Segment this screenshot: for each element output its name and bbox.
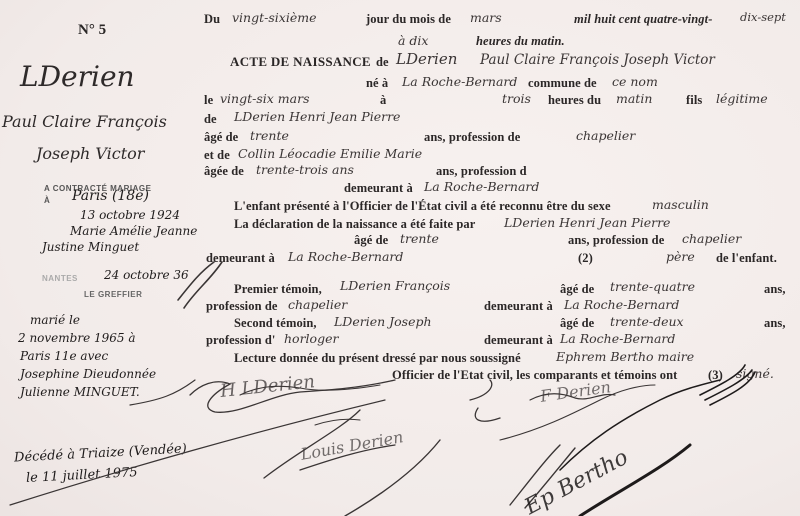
father-profession: chapelier [576,128,635,143]
officer-statement: Officier de l'Etat civil, les comparants… [392,368,677,383]
margin-surname: LDerien [20,60,135,93]
first-witness-profession-label: profession de [206,299,278,314]
birth-part-of-day: matin [616,91,652,106]
acte-de: de [376,55,389,70]
child-sex: masculin [652,197,709,212]
reading-statement: Lecture donnée du présent dressé par nou… [234,351,521,366]
second-witness-age: trente-deux [610,314,684,329]
first-witness-residence-label: demeurant à [484,299,553,314]
death-note-2: le 11 juillet 1975 [26,465,138,486]
mother-age: trente-trois ans [256,162,354,177]
father-profession-label: ans, profession de [424,130,520,145]
mother-age-label: âgée de [204,164,244,179]
nantes-label: NANTES [42,274,78,283]
child-given-names: Paul Claire François Joseph Victor [480,52,715,68]
first-witness-profession: chapelier [288,297,347,312]
death-note-1: Décédé à Triaize (Vendée) [14,441,187,465]
signature-father: H LDerien [219,371,316,402]
birth-date: vingt-six mars [220,91,310,106]
parents-residence-label: demeurant à [344,181,413,196]
mother-profession-label: ans, profession d [436,164,527,179]
declarant-age: trente [400,231,439,246]
greffier-label: LE GREFFIER [84,290,142,299]
heures-label: heures du matin. [476,34,565,49]
second-witness-residence: La Roche-Bernard [560,331,675,346]
commune-label: commune de [528,76,597,91]
birth-place: La Roche-Bernard [402,74,517,89]
signed-word: signé. [736,366,774,381]
second-witness-residence-label: demeurant à [484,333,553,348]
spouse-line-1: Marie Amélie Jeanne [70,224,197,238]
birth-certificate-page: N° 5 LDerien Paul Claire François Joseph… [0,0,800,516]
et-de-label: et de [204,148,230,163]
year-prefix: mil huit cent quatre-vingt- [574,12,712,27]
footnote-3: (3) [708,368,723,383]
first-witness-label: Premier témoin, [234,282,322,297]
second-witness-ans: ans, [764,316,786,331]
de-label: de [204,112,217,127]
declarant-profession: chapelier [682,231,741,246]
officer-name: Ephrem Bertho maire [556,349,694,364]
marriage-stamp-a: À [44,196,50,205]
de-l-enfant: de l'enfant. [716,251,777,266]
declarant-profession-label: ans, profession de [568,233,664,248]
spouse-line-2: Justine Minguet [42,240,139,254]
nantes-date: 24 octobre 36 [104,268,189,282]
footnote-2: (2) [578,251,593,266]
le-label: le [204,93,213,108]
marriage-date: 13 octobre 1924 [80,208,180,222]
father-age: trente [250,128,289,143]
declarant-age-label: âgé de [354,233,388,248]
parents-residence: La Roche-Bernard [424,179,539,194]
signature-officer: Ep Bertho [521,445,633,516]
ne-a-label: né à [366,76,388,91]
marriage-note-5: Julienne MINGUET. [20,385,140,399]
record-number: N° 5 [78,22,106,39]
first-witness-age: trente-quatre [610,279,695,294]
second-witness-label: Second témoin, [234,316,317,331]
legitimacy: légitime [716,91,768,106]
mother-name: Collin Léocadie Emilie Marie [238,146,422,161]
birth-time: trois [502,91,531,106]
second-witness-profession: horloger [284,331,338,346]
declarant-name: LDerien Henri Jean Pierre [504,215,670,230]
declarant-residence: La Roche-Bernard [288,249,403,264]
marriage-note-1: marié le [30,313,80,327]
declaration-statement: La déclaration de la naissance a été fai… [234,217,475,232]
marriage-note-4: Josephine Dieudonnée [20,367,156,381]
first-witness-age-label: âgé de [560,282,594,297]
marriage-note-2: 2 novembre 1965 à [18,331,136,345]
sex-statement: L'enfant présenté à l'Officier de l'État… [234,199,611,214]
a-label: à [380,93,386,108]
jour-label: jour du mois de [366,12,451,27]
heures-du-label: heures du [548,93,601,108]
second-witness-age-label: âgé de [560,316,594,331]
second-witness-profession-label: profession d' [206,333,276,348]
margin-given-names-2: Joseph Victor [36,144,144,163]
commune-name: ce nom [612,74,658,89]
first-witness-name: LDerien François [340,278,450,293]
declarant-residence-label: demeurant à [206,251,275,266]
first-witness-ans: ans, [764,282,786,297]
fils-label: fils [686,93,702,108]
father-age-label: âgé de [204,130,238,145]
child-surname: LDerien [396,50,457,68]
year-suffix: dix-sept [740,10,786,24]
day-value: vingt-sixième [232,10,316,25]
declarant-relation: père [666,249,695,264]
margin-given-names-1: Paul Claire François [2,112,167,131]
marriage-note-3: Paris 11e avec [20,349,108,363]
acte-title: ACTE DE NAISSANCE [230,54,371,70]
hour-value: à dix [398,33,428,48]
month-value: mars [470,10,502,25]
second-witness-name: LDerien Joseph [334,314,432,329]
marriage-place: Paris (18e) [72,188,149,204]
signature-louis: Louis Derien [299,427,405,464]
du-label: Du [204,12,220,27]
father-name: LDerien Henri Jean Pierre [234,109,400,124]
first-witness-residence: La Roche-Bernard [564,297,679,312]
